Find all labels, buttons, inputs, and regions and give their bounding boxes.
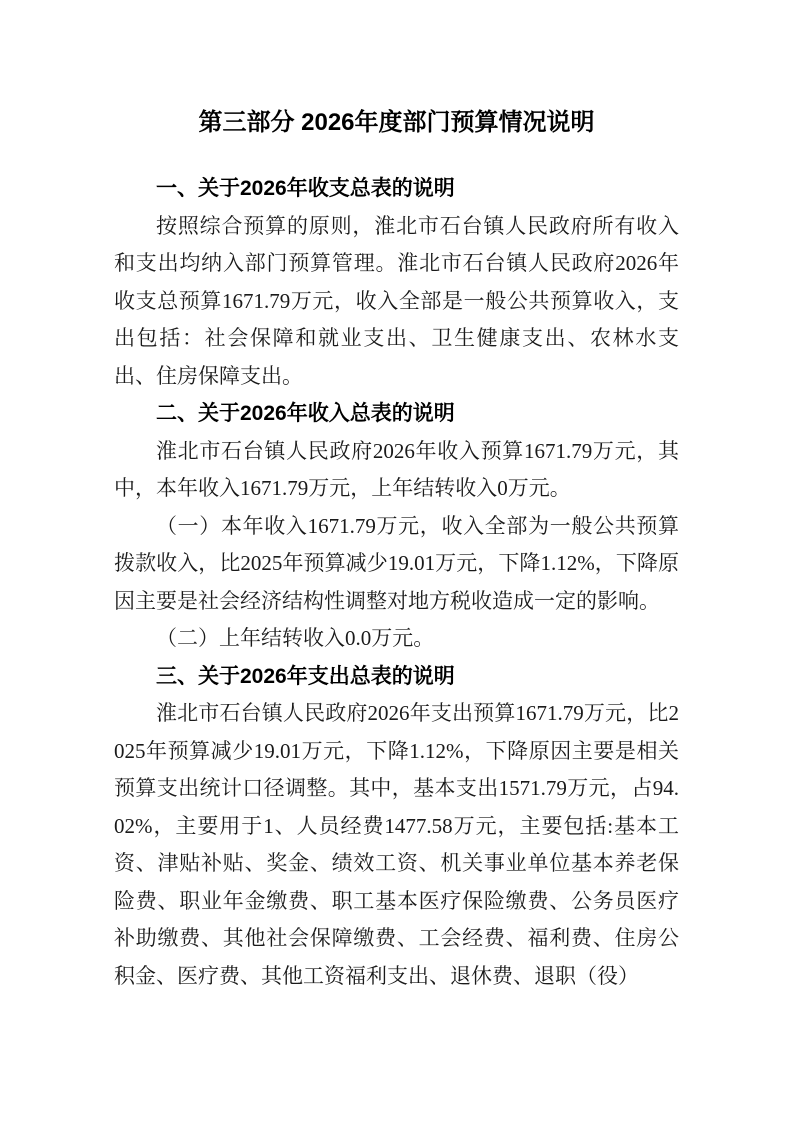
section-3-paragraph-1: 淮北市石台镇人民政府2026年支出预算1671.79万元，比2025年预算减少1… — [114, 695, 679, 995]
section-1-paragraph-1: 按照综合预算的原则，淮北市石台镇人民政府所有收入和支出均纳入部门预算管理。淮北市… — [114, 208, 679, 396]
document-title: 第三部分 2026年度部门预算情况说明 — [114, 104, 679, 142]
section-2-paragraph-2: （一）本年收入1671.79万元，收入全部为一般公共预算拨款收入，比2025年预… — [114, 508, 679, 621]
section-2-heading: 二、关于2026年收入总表的说明 — [114, 395, 679, 433]
section-1-heading: 一、关于2026年收支总表的说明 — [114, 170, 679, 208]
section-2-paragraph-1: 淮北市石台镇人民政府2026年收入预算1671.79万元，其中，本年收入1671… — [114, 433, 679, 508]
document-content: 第三部分 2026年度部门预算情况说明 一、关于2026年收支总表的说明 按照综… — [114, 104, 679, 995]
section-2-paragraph-3: （二）上年结转收入0.0万元。 — [114, 620, 679, 658]
section-3-heading: 三、关于2026年支出总表的说明 — [114, 658, 679, 696]
document-page: 第三部分 2026年度部门预算情况说明 一、关于2026年收支总表的说明 按照综… — [0, 0, 793, 1122]
